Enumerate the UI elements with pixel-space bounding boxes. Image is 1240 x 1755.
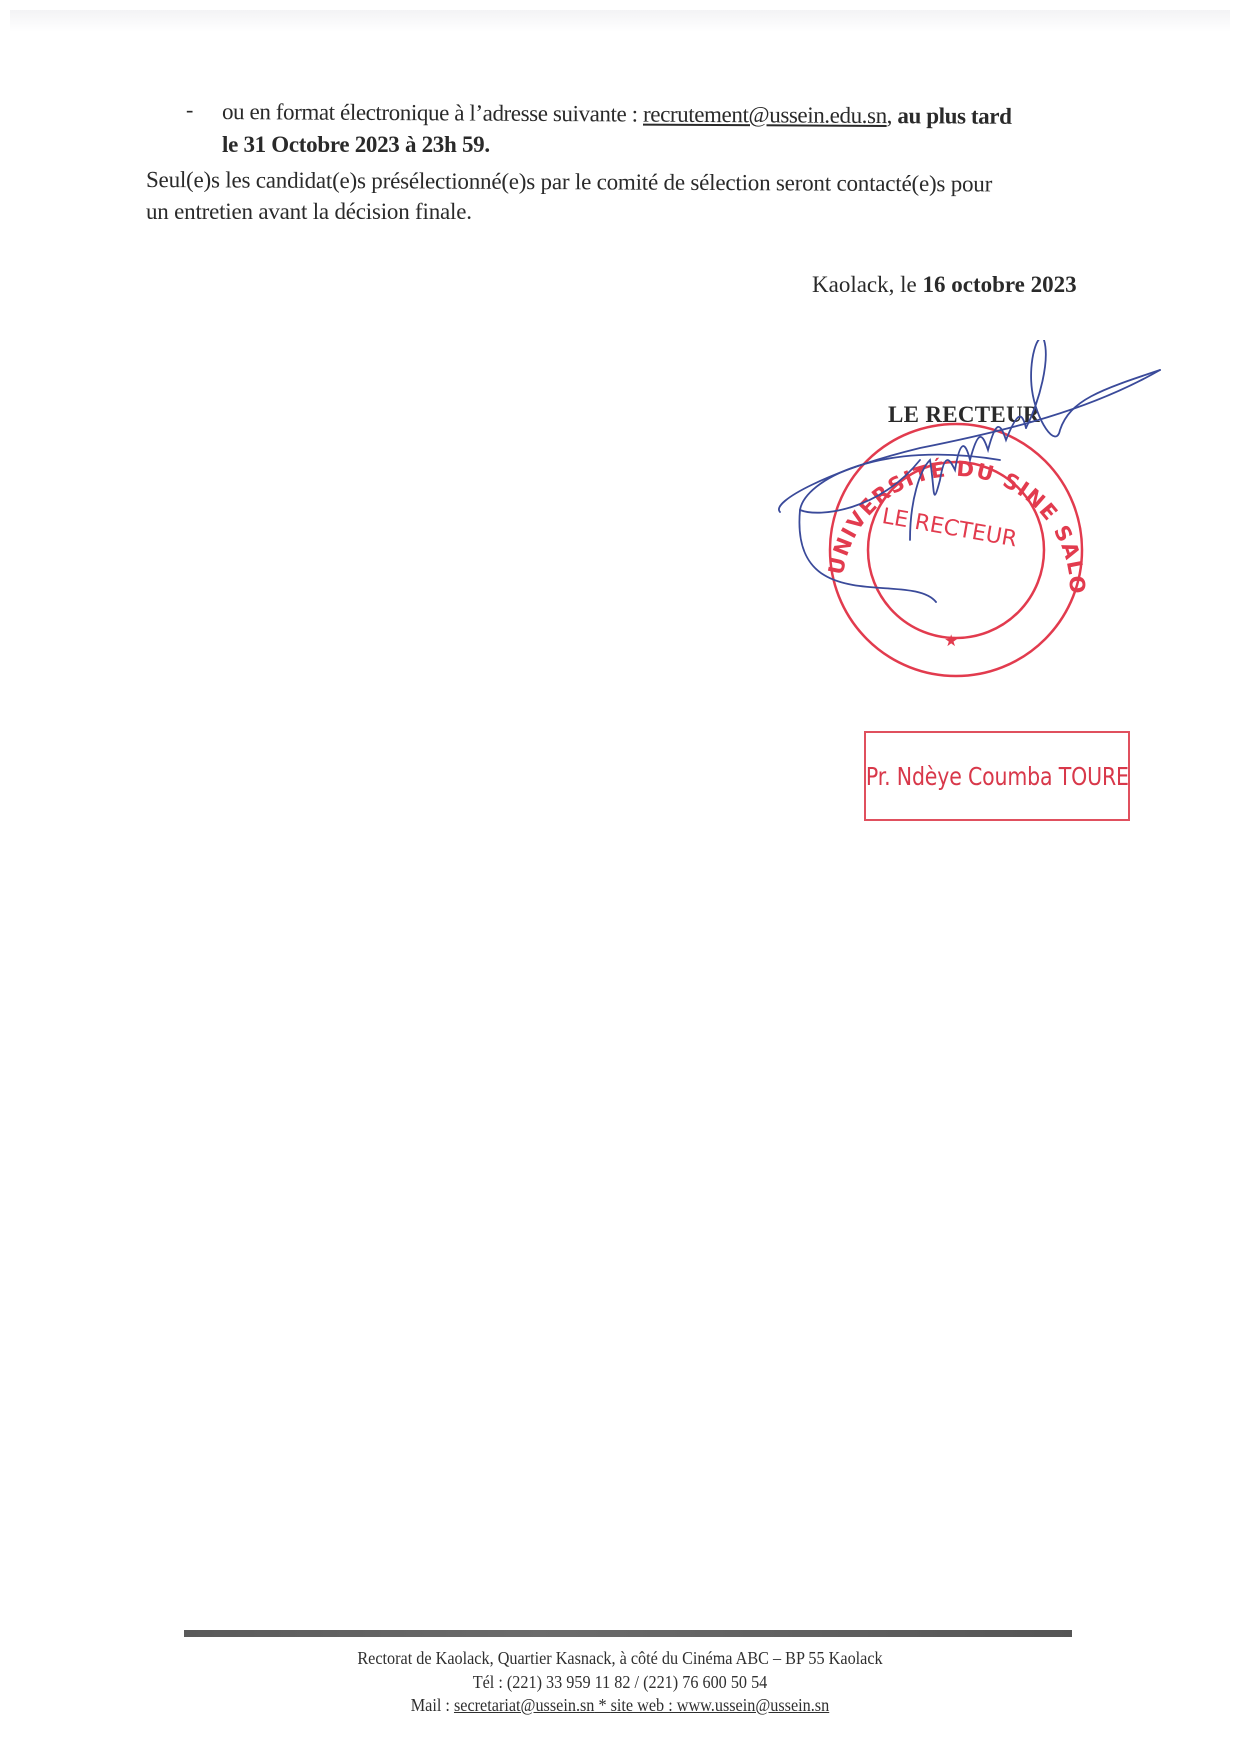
footer-mail-label: Mail :	[411, 1695, 454, 1715]
footer-email-link[interactable]: secretariat@ussein.sn	[454, 1695, 594, 1715]
deadline-prefix: au plus tard	[892, 103, 1012, 129]
bullet-text: ou en format électronique à l’adresse su…	[222, 99, 643, 127]
signer-name-box: Pr. Ndèye Coumba TOURE	[864, 731, 1130, 821]
footer-separator: *	[594, 1695, 610, 1715]
place-date-prefix: Kaolack, le	[812, 272, 922, 297]
stamp-center-text: LE RECTEUR	[880, 504, 1019, 552]
paragraph-line-1: Seul(e)s les candidat(e)s présélectionné…	[146, 166, 992, 198]
scan-edge	[10, 10, 1230, 32]
footer-phone: Tél : (221) 33 959 11 82 / (221) 76 600 …	[62, 1672, 1178, 1693]
signer-name: Pr. Ndèye Coumba TOURE	[866, 762, 1129, 791]
footer-website-link[interactable]: site web : www.ussein@ussein.sn	[611, 1695, 830, 1715]
paragraph-line-2: un entretien avant la décision finale.	[146, 198, 472, 226]
official-stamp-and-signature: UNIVERSITÉ DU SINE SALOUM EL HADJ IBRAHI…	[760, 340, 1200, 680]
bullet-marker: -	[186, 96, 193, 124]
footer-contact: Mail : secretariat@ussein.sn * site web …	[62, 1695, 1178, 1716]
footer-divider	[184, 1630, 1072, 1637]
date-value: 16 octobre 2023	[922, 272, 1076, 297]
deadline-line: le 31 Octobre 2023 à 23h 59.	[222, 131, 490, 159]
recruitment-email-link[interactable]: recrutement@ussein.edu.sn	[643, 102, 887, 128]
footer-address: Rectorat de Kaolack, Quartier Kasnack, à…	[62, 1648, 1178, 1669]
place-date: Kaolack, le 16 octobre 2023	[812, 272, 1077, 298]
bullet-line: ou en format électronique à l’adresse su…	[222, 98, 1012, 131]
stamp-star-icon: ★	[944, 633, 958, 650]
